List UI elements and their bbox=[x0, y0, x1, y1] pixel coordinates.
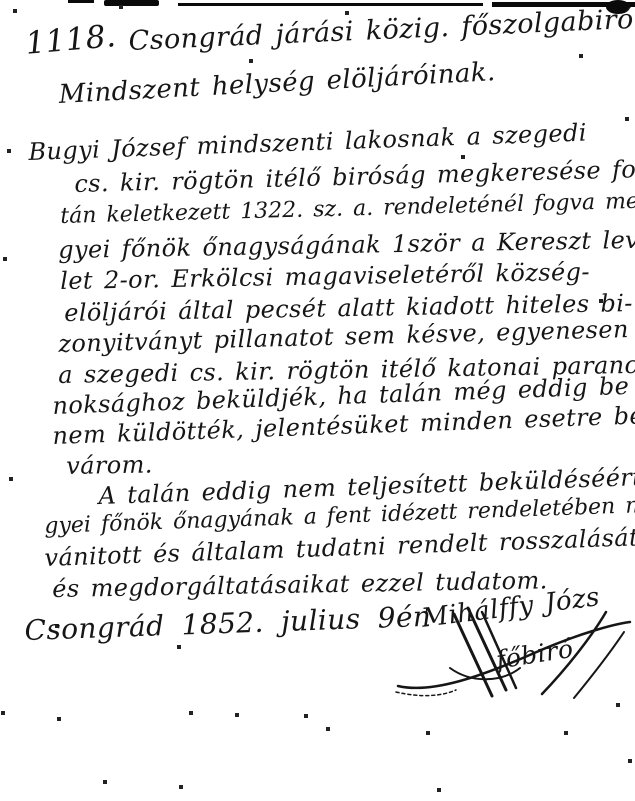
top-edge-dash-mark bbox=[104, 0, 159, 6]
top-edge-dash-mark bbox=[68, 0, 94, 3]
body-line: várom. bbox=[66, 450, 153, 480]
scan-noise-speckles bbox=[0, 0, 2, 2]
scanned-letter-page: 1118. Csongrád járási közig. főszolgabir… bbox=[0, 0, 635, 801]
signature-block: Mihálffy Józs főbiró bbox=[392, 598, 635, 713]
body-line: let 2-or. Erkölcsi magaviseletéről közsé… bbox=[60, 258, 590, 295]
reference-number: 1118. bbox=[24, 18, 118, 62]
dateline: Csongrád 1852. julius 9én bbox=[24, 600, 432, 647]
top-edge-scan-line bbox=[178, 3, 483, 6]
sender-line: Csongrád járási közig. főszolgabirótul. bbox=[128, 2, 635, 57]
addressee-line: Mindszent helység elöljáróinak. bbox=[58, 57, 496, 110]
